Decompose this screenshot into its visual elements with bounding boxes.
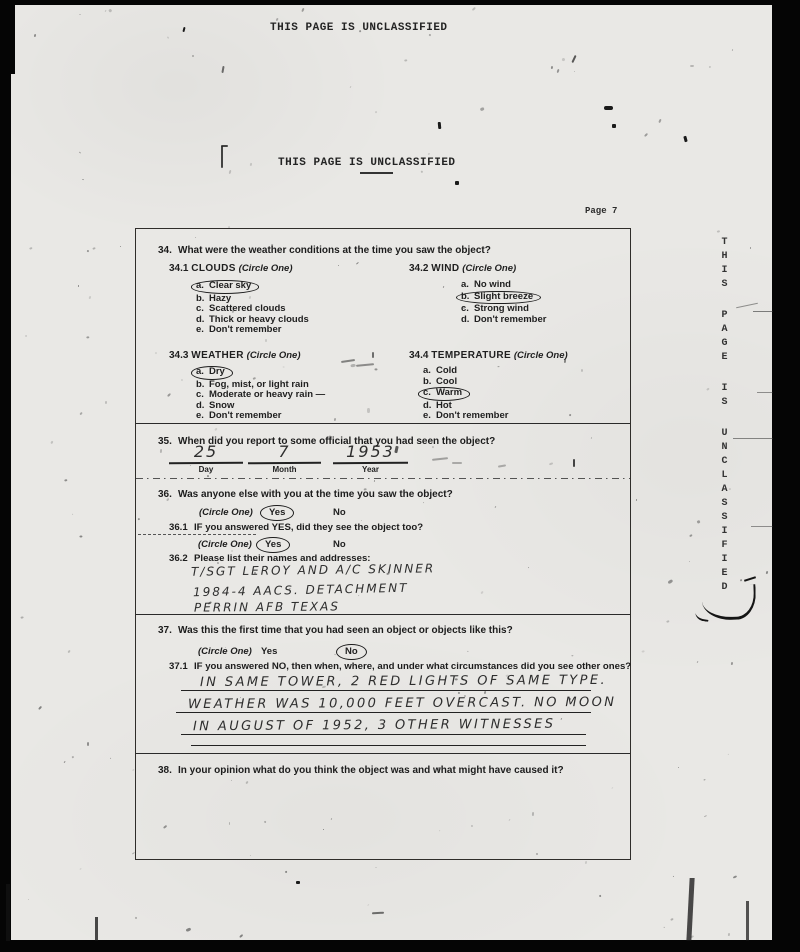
scan-noise-speck bbox=[110, 757, 112, 759]
option-label: No wind bbox=[474, 279, 511, 290]
scan-noise-speck bbox=[82, 178, 84, 179]
option-label: Scattered clouds bbox=[209, 303, 286, 314]
scan-noise-speck bbox=[585, 861, 587, 864]
scan-noise-speck bbox=[455, 678, 458, 680]
scan-noise-speck bbox=[457, 692, 460, 694]
scan-noise-speck bbox=[704, 815, 707, 817]
option-label: Slight breeze bbox=[474, 291, 533, 302]
scan-noise-speck bbox=[195, 237, 196, 239]
option-row: b.Cool bbox=[423, 377, 568, 388]
stamp-underline bbox=[360, 172, 393, 174]
scan-noise-speck bbox=[30, 247, 33, 250]
scan-noise-speck bbox=[480, 107, 484, 111]
group-instruction: (Circle One) bbox=[247, 350, 301, 361]
pencil-circle: c.Warm bbox=[418, 387, 470, 401]
option-label: Strong wind bbox=[474, 303, 529, 314]
scan-noise-speck bbox=[733, 875, 737, 878]
scan-noise-speck bbox=[28, 899, 29, 900]
handwritten-answer: IN AUGUST OF 1952, 3 OTHER WITNESSES bbox=[193, 717, 556, 735]
scan-streak bbox=[746, 901, 749, 941]
answer-rule bbox=[191, 745, 586, 746]
scan-noise-speck bbox=[134, 917, 137, 920]
option-letter: e. bbox=[196, 325, 209, 336]
scan-noise-speck bbox=[20, 616, 24, 619]
scan-noise-speck bbox=[728, 933, 730, 936]
option-label: Hot bbox=[436, 400, 452, 411]
scan-noise-speck bbox=[706, 387, 710, 390]
pen-curve-mark bbox=[744, 576, 756, 582]
answer-year: 1953 Year bbox=[333, 442, 408, 474]
scan-noise-speck bbox=[120, 246, 121, 247]
question-number: 38. bbox=[158, 765, 178, 776]
scan-noise-speck bbox=[659, 118, 663, 122]
handwritten-answer: T/SGT LEROY AND A/C SKINNER bbox=[191, 561, 435, 578]
scan-noise-speck bbox=[428, 34, 430, 36]
pencil-circle: a.Dry bbox=[191, 366, 233, 380]
dashed-underline bbox=[138, 534, 256, 535]
scan-noise-speck bbox=[739, 579, 742, 581]
option-row: a.No wind bbox=[461, 280, 546, 291]
option-letter: a. bbox=[196, 281, 209, 292]
option-label: Cool bbox=[436, 376, 457, 387]
scan-noise-speck bbox=[240, 697, 241, 698]
question-number: 37. bbox=[158, 625, 178, 636]
ink-mark bbox=[612, 124, 616, 128]
group-34-4-temperature: 34.4 TEMPERATURE (Circle One) a.Cold b.C… bbox=[409, 350, 568, 422]
scan-noise-speck bbox=[636, 499, 638, 501]
scan-noise-speck bbox=[670, 918, 673, 921]
option-row: b.Slight breeze bbox=[461, 291, 546, 305]
option-row: c.Warm bbox=[423, 387, 568, 401]
scan-noise-speck bbox=[697, 661, 699, 663]
handwritten-answer: 1984-4 AACS. DETACHMENT bbox=[193, 581, 409, 600]
question-36: 36.Was anyone else with you at the time … bbox=[158, 489, 453, 500]
no-option: No bbox=[336, 644, 367, 660]
scan-noise-speck bbox=[709, 66, 712, 68]
scan-edge-left bbox=[0, 0, 11, 952]
classification-stamp-middle: THIS PAGE IS UNCLASSIFIED bbox=[278, 157, 456, 169]
question-text: What were the weather conditions at the … bbox=[178, 245, 491, 256]
scratch-line bbox=[753, 311, 773, 312]
yes-option: Yes bbox=[256, 537, 290, 553]
no-option: No bbox=[333, 507, 346, 518]
question-text: Was this the first time that you had see… bbox=[178, 625, 513, 636]
scan-noise-speck bbox=[728, 488, 730, 490]
scanned-document-page: THIS PAGE IS UNCLASSIFIED THIS PAGE IS U… bbox=[0, 0, 800, 952]
option-label: Don't remember bbox=[474, 314, 546, 325]
scan-noise-speck bbox=[167, 37, 169, 39]
scan-noise-speck bbox=[72, 514, 73, 516]
scan-noise-speck bbox=[375, 111, 378, 114]
ink-mark bbox=[182, 27, 185, 32]
question-number: 37.1 bbox=[169, 661, 194, 672]
scan-noise-speck bbox=[664, 927, 665, 928]
scan-noise-speck bbox=[696, 520, 700, 524]
scan-noise-speck bbox=[160, 448, 162, 452]
scan-noise-speck bbox=[421, 170, 424, 173]
group-34-2-wind: 34.2 WIND (Circle One) a.No wind b.Sligh… bbox=[409, 263, 546, 325]
scan-noise-speck bbox=[562, 58, 565, 61]
pencil-circle: Yes bbox=[256, 537, 290, 553]
option-row: d.Don't remember bbox=[461, 315, 546, 326]
scan-noise-speck bbox=[766, 571, 768, 574]
scan-noise-speck bbox=[79, 14, 81, 15]
question-36-1: 36.1IF you answered YES, did they see th… bbox=[169, 522, 423, 533]
pencil-circle: a.Clear sky bbox=[191, 280, 259, 294]
group-title: CLOUDS bbox=[191, 263, 236, 274]
handwritten-answer: PERRIN AFB TEXAS bbox=[194, 599, 340, 614]
ink-mark bbox=[571, 55, 576, 63]
option-letter: e. bbox=[196, 411, 209, 422]
scan-noise-speck bbox=[690, 935, 694, 938]
answer-rule bbox=[181, 690, 591, 691]
scan-noise-speck bbox=[301, 8, 304, 12]
group-34-3-weather: 34.3 WEATHER (Circle One) a.Dry b.Fog, m… bbox=[169, 350, 325, 422]
yes-option: Yes bbox=[261, 646, 277, 657]
answer-label: Month bbox=[248, 465, 321, 474]
answer-label: Year bbox=[333, 465, 408, 474]
option-label: Moderate or heavy rain — bbox=[209, 389, 325, 400]
scratch-line bbox=[751, 526, 773, 527]
option-letter: a. bbox=[461, 280, 474, 291]
option-label: Don't remember bbox=[209, 324, 281, 335]
scan-noise-speck bbox=[329, 435, 331, 437]
scan-noise-speck bbox=[185, 927, 191, 931]
scan-noise-speck bbox=[367, 904, 369, 906]
answer-label: Day bbox=[169, 465, 243, 474]
scan-noise-speck bbox=[79, 151, 81, 153]
question-38: 38.In your opinion what do you think the… bbox=[158, 765, 564, 776]
scan-edge-top bbox=[0, 0, 800, 5]
scan-noise-speck bbox=[72, 756, 74, 758]
scan-noise-speck bbox=[535, 853, 537, 855]
option-label: Hazy bbox=[209, 293, 231, 304]
scan-noise-speck bbox=[34, 34, 37, 37]
section-divider bbox=[136, 753, 630, 754]
scan-noise-speck bbox=[228, 169, 231, 174]
option-row: e.Don't remember bbox=[423, 411, 568, 422]
scan-noise-speck bbox=[86, 336, 89, 338]
option-letter: c. bbox=[423, 388, 436, 399]
question-37-1: 37.1IF you answered NO, then when, where… bbox=[169, 661, 631, 672]
option-label: Don't remember bbox=[209, 410, 281, 421]
option-label: Cold bbox=[436, 365, 457, 376]
answer-rule bbox=[248, 462, 321, 464]
scan-noise-speck bbox=[105, 401, 107, 404]
group-instruction: (Circle One) bbox=[462, 263, 516, 274]
answer-rule bbox=[181, 734, 586, 735]
scan-noise-speck bbox=[375, 867, 377, 868]
option-label: Snow bbox=[209, 400, 234, 411]
scan-noise-speck bbox=[732, 49, 734, 51]
pen-curve-mark bbox=[694, 610, 709, 622]
ink-mark bbox=[296, 881, 300, 884]
scan-noise-speck bbox=[731, 662, 733, 665]
scratch-line bbox=[757, 392, 773, 393]
option-letter: d. bbox=[461, 315, 474, 326]
scan-streak bbox=[95, 917, 98, 941]
option-letter: a. bbox=[423, 366, 436, 377]
option-label: Clear sky bbox=[209, 280, 251, 291]
scan-noise-speck bbox=[563, 359, 566, 363]
scan-noise-speck bbox=[573, 71, 574, 72]
ink-mark bbox=[438, 122, 442, 129]
scan-noise-speck bbox=[38, 705, 43, 710]
page-number: Page 7 bbox=[585, 206, 617, 216]
group-number: 34.3 bbox=[169, 350, 188, 361]
ink-mark bbox=[221, 145, 228, 147]
option-letter: e. bbox=[423, 411, 436, 422]
scan-edge-bottom bbox=[0, 940, 800, 952]
scan-noise-speck bbox=[690, 65, 694, 67]
ink-mark bbox=[455, 181, 459, 185]
yes-option: Yes bbox=[260, 505, 294, 521]
option-row: a.Dry bbox=[196, 366, 325, 380]
ink-mark bbox=[683, 136, 687, 143]
scan-noise-speck bbox=[65, 479, 68, 481]
pencil-circle: b.Slight breeze bbox=[456, 291, 541, 305]
scan-noise-speck bbox=[108, 9, 112, 13]
group-number: 34.4 bbox=[409, 350, 428, 361]
scan-noise-speck bbox=[375, 368, 378, 370]
scan-noise-speck bbox=[92, 247, 96, 250]
pencil-circle: Yes bbox=[260, 505, 294, 521]
question-number: 36.2 bbox=[169, 553, 194, 564]
option-row: e.Don't remember bbox=[196, 325, 309, 336]
scan-noise-speck bbox=[78, 285, 79, 287]
question-text: IF you answered YES, did they see the ob… bbox=[194, 522, 423, 533]
answer-rule bbox=[169, 462, 243, 464]
group-title: WIND bbox=[431, 263, 459, 274]
scan-noise-speck bbox=[285, 870, 288, 873]
handwritten-answer: IN SAME TOWER, 2 RED LIGHTS OF SAME TYPE… bbox=[200, 673, 607, 690]
handwritten-answer: WEATHER WAS 10,000 FEET OVERCAST. NO MOO… bbox=[188, 695, 616, 712]
scan-noise-speck bbox=[667, 579, 673, 584]
group-number: 34.1 bbox=[169, 263, 188, 274]
section-divider bbox=[136, 478, 630, 479]
scan-streak bbox=[686, 878, 694, 941]
scan-noise-speck bbox=[239, 933, 244, 938]
circle-one-label: (Circle One) bbox=[198, 539, 252, 550]
question-number: 34. bbox=[158, 245, 178, 256]
scan-edge-right bbox=[772, 0, 800, 952]
scan-noise-speck bbox=[716, 230, 720, 233]
scan-noise-speck bbox=[470, 825, 472, 827]
scratch-line bbox=[733, 438, 773, 439]
handwritten-year: 1953 bbox=[333, 442, 408, 461]
question-37: 37.Was this the first time that you had … bbox=[158, 625, 513, 636]
option-label: Don't remember bbox=[436, 410, 508, 421]
scan-noise-speck bbox=[551, 65, 553, 68]
scan-noise-speck bbox=[89, 296, 92, 299]
group-title: WEATHER bbox=[191, 350, 244, 361]
scan-noise-speck bbox=[404, 59, 407, 61]
answer-month: 7 Month bbox=[248, 442, 321, 474]
ink-mark bbox=[604, 106, 613, 110]
scan-noise-speck bbox=[67, 650, 71, 654]
scan-noise-speck bbox=[642, 650, 645, 653]
scan-noise-speck bbox=[689, 561, 690, 562]
scan-noise-speck bbox=[51, 440, 54, 443]
scan-noise-speck bbox=[87, 742, 89, 746]
question-text: IF you answered NO, then when, where, an… bbox=[194, 661, 631, 672]
answer-rule bbox=[176, 712, 591, 713]
scan-noise-speck bbox=[557, 69, 560, 74]
answer-rule bbox=[333, 462, 408, 464]
scan-noise-speck bbox=[599, 894, 602, 897]
scan-noise-speck bbox=[374, 480, 375, 482]
question-number: 36.1 bbox=[169, 522, 194, 533]
answer-day: 25 Day bbox=[169, 442, 243, 474]
scan-noise-speck bbox=[427, 154, 430, 156]
scan-noise-speck bbox=[265, 339, 267, 341]
scratch-line bbox=[736, 303, 758, 309]
no-option: No bbox=[333, 539, 346, 550]
scan-noise-speck bbox=[678, 767, 679, 768]
ink-mark bbox=[221, 66, 224, 73]
scan-noise-speck bbox=[728, 754, 729, 755]
scan-noise-speck bbox=[437, 767, 439, 771]
scan-noise-speck bbox=[667, 621, 670, 624]
group-number: 34.2 bbox=[409, 263, 428, 274]
classification-stamp-side: THIS PAGE IS UNCLASSIFIED bbox=[719, 237, 730, 577]
option-label: Dry bbox=[209, 366, 225, 377]
handwritten-month: 7 bbox=[248, 442, 321, 461]
option-letter: a. bbox=[196, 367, 209, 378]
option-label: Fog, mist, or light rain bbox=[209, 379, 309, 390]
scan-noise-speck bbox=[472, 7, 476, 11]
scan-noise-speck bbox=[87, 250, 89, 252]
scan-noise-speck bbox=[80, 536, 83, 538]
ink-mark bbox=[372, 912, 384, 915]
question-text: In your opinion what do you think the ob… bbox=[178, 765, 564, 776]
scan-noise-speck bbox=[250, 163, 253, 166]
scan-edge-left-top bbox=[0, 0, 15, 74]
scan-noise-speck bbox=[25, 335, 28, 338]
section-divider bbox=[136, 423, 630, 424]
option-row: a.Clear sky bbox=[196, 280, 309, 294]
group-34-1-clouds: 34.1 CLOUDS (Circle One) a.Clear sky b.H… bbox=[169, 263, 309, 336]
scan-noise-speck bbox=[80, 869, 82, 871]
scan-noise-speck bbox=[105, 10, 107, 12]
scan-noise-speck bbox=[349, 86, 351, 88]
scan-noise-speck bbox=[463, 694, 465, 696]
scan-noise-speck bbox=[703, 779, 705, 781]
scan-noise-speck bbox=[750, 247, 751, 249]
scan-noise-speck bbox=[560, 718, 562, 720]
option-label: Warm bbox=[436, 387, 462, 398]
pencil-circle: No bbox=[336, 644, 367, 660]
scan-streak bbox=[6, 884, 10, 941]
questionnaire-box: 34.What were the weather conditions at t… bbox=[135, 228, 631, 860]
group-instruction: (Circle One) bbox=[239, 263, 293, 274]
option-row: e.Don't remember bbox=[196, 411, 325, 422]
scan-noise-speck bbox=[532, 812, 534, 816]
scan-noise-speck bbox=[192, 55, 194, 57]
scan-noise-speck bbox=[79, 412, 83, 416]
group-title: TEMPERATURE bbox=[431, 350, 511, 361]
option-label: Thick or heavy clouds bbox=[209, 314, 309, 325]
question-text: Was anyone else with you at the time you… bbox=[178, 489, 453, 500]
handwritten-day: 25 bbox=[169, 442, 243, 461]
ink-mark bbox=[221, 146, 223, 168]
option-letter: b. bbox=[461, 292, 474, 303]
scan-noise-speck bbox=[690, 534, 693, 537]
option-letter: b. bbox=[423, 377, 436, 388]
scan-noise-speck bbox=[64, 761, 66, 764]
group-instruction: (Circle One) bbox=[514, 350, 568, 361]
scan-noise-speck bbox=[644, 133, 648, 137]
question-34: 34.What were the weather conditions at t… bbox=[158, 245, 491, 256]
scan-noise-speck bbox=[673, 876, 674, 877]
circle-one-label: (Circle One) bbox=[199, 507, 253, 518]
